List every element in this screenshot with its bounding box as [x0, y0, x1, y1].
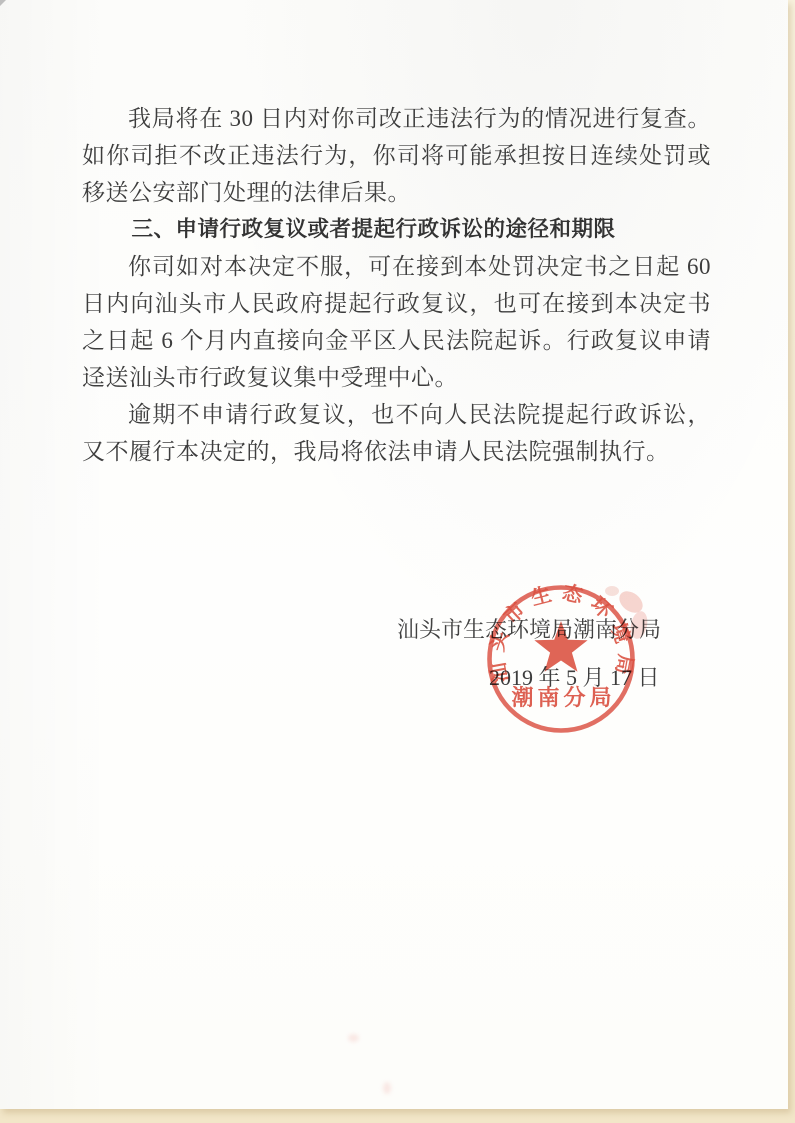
seal-bottom-text: 潮南分局 — [511, 685, 615, 710]
seal-star-icon — [534, 621, 587, 672]
document-body-text: 我局将在 30 日内对你司改正违法行为的情况进行复查。如你司拒不改正违法行为，你… — [82, 100, 711, 470]
scanned-document: { "page": { "paper_color": "#fdfdfb", "s… — [0, 0, 795, 1123]
scan-corner-artifact — [0, 0, 6, 6]
paragraph-appeal-rights: 你司如对本决定不服，可在接到本处罚决定书之日起 60 日内向汕头市人民政府提起行… — [82, 248, 711, 396]
scan-ink-speck — [383, 1082, 391, 1094]
paragraph-review-notice: 我局将在 30 日内对你司改正违法行为的情况进行复查。如你司拒不改正违法行为，你… — [82, 100, 711, 211]
document-page: 我局将在 30 日内对你司改正违法行为的情况进行复查。如你司拒不改正违法行为，你… — [0, 0, 788, 1109]
paragraph-enforcement: 逾期不申请行政复议，也不向人民法院提起行政诉讼，又不履行本决定的，我局将依法申请… — [82, 396, 711, 470]
heading-section-three: 三、申请行政复议或者提起行政诉讼的途径和期限 — [82, 211, 711, 248]
scan-ink-speck — [348, 1034, 359, 1042]
official-seal-stamp: 汕头市生态环境局 潮南分局 — [484, 581, 654, 741]
